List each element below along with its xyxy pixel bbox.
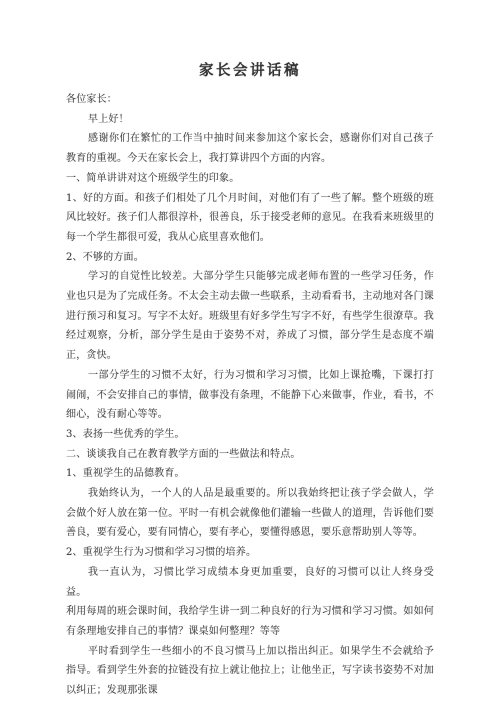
document-body: 各位家长： 早上好！ 感谢你们在繁忙的工作当中抽时间来参加这个家长会，感谢你们对… [66,90,434,701]
section-2-item-1-heading: 1、重视学生的品德教育。 [66,464,434,484]
section-1-item-2-body-b: 一部分学生的习惯不太好，行为习惯和学习习惯，比如上课抢嘴，下课打打闹闹，不会安排… [66,366,434,425]
document-title: 家长会讲话稿 [66,60,434,82]
section-2-item-2-body-b: 利用每周的班会课时间，我给学生讲一到二种良好的行为习惯和学习习惯。如如何有条理地… [66,602,434,641]
section-1-item-2-body-a: 学习的自觉性比较差。大部分学生只能够完成老师布置的一些学习任务，作业也只是为了完… [66,267,434,366]
section-1-item-2-heading: 2、不够的方面。 [66,248,434,268]
section-1-item-3: 3、表扬一些优秀的学生。 [66,425,434,445]
section-1-heading: 一、简单讲讲对这个班级学生的印象。 [66,169,434,189]
salutation-line: 各位家长： [66,90,434,110]
section-2-item-1-body: 我始终认为，一个人的人品是最重要的。所以我始终把让孩子学会做人，学会做个好人放在… [66,484,434,543]
greeting-line: 早上好！ [66,110,434,130]
section-2-heading: 二、谈谈我自己在教育教学方面的一些做法和特点。 [66,445,434,465]
document-page: 家长会讲话稿 各位家长： 早上好！ 感谢你们在繁忙的工作当中抽时间来参加这个家长… [0,0,500,707]
section-2-item-2-body-a: 我一直认为，习惯比学习成绩本身更加重要，良好的习惯可以让人终身受益。 [66,563,434,602]
section-2-item-2-body-c: 平时看到学生一些细小的不良习惯马上加以指出纠正。如果学生不会就给予指导。看到学生… [66,642,434,701]
intro-paragraph: 感谢你们在繁忙的工作当中抽时间来参加这个家长会，感谢你们对自己孩子教育的重视。今… [66,129,434,168]
section-1-item-1: 1、好的方面。和孩子们相处了几个月时间，对他们有了一些了解。整个班级的班风比较好… [66,189,434,248]
section-2-item-2-heading: 2、重视学生行为习惯和学习习惯的培养。 [66,543,434,563]
